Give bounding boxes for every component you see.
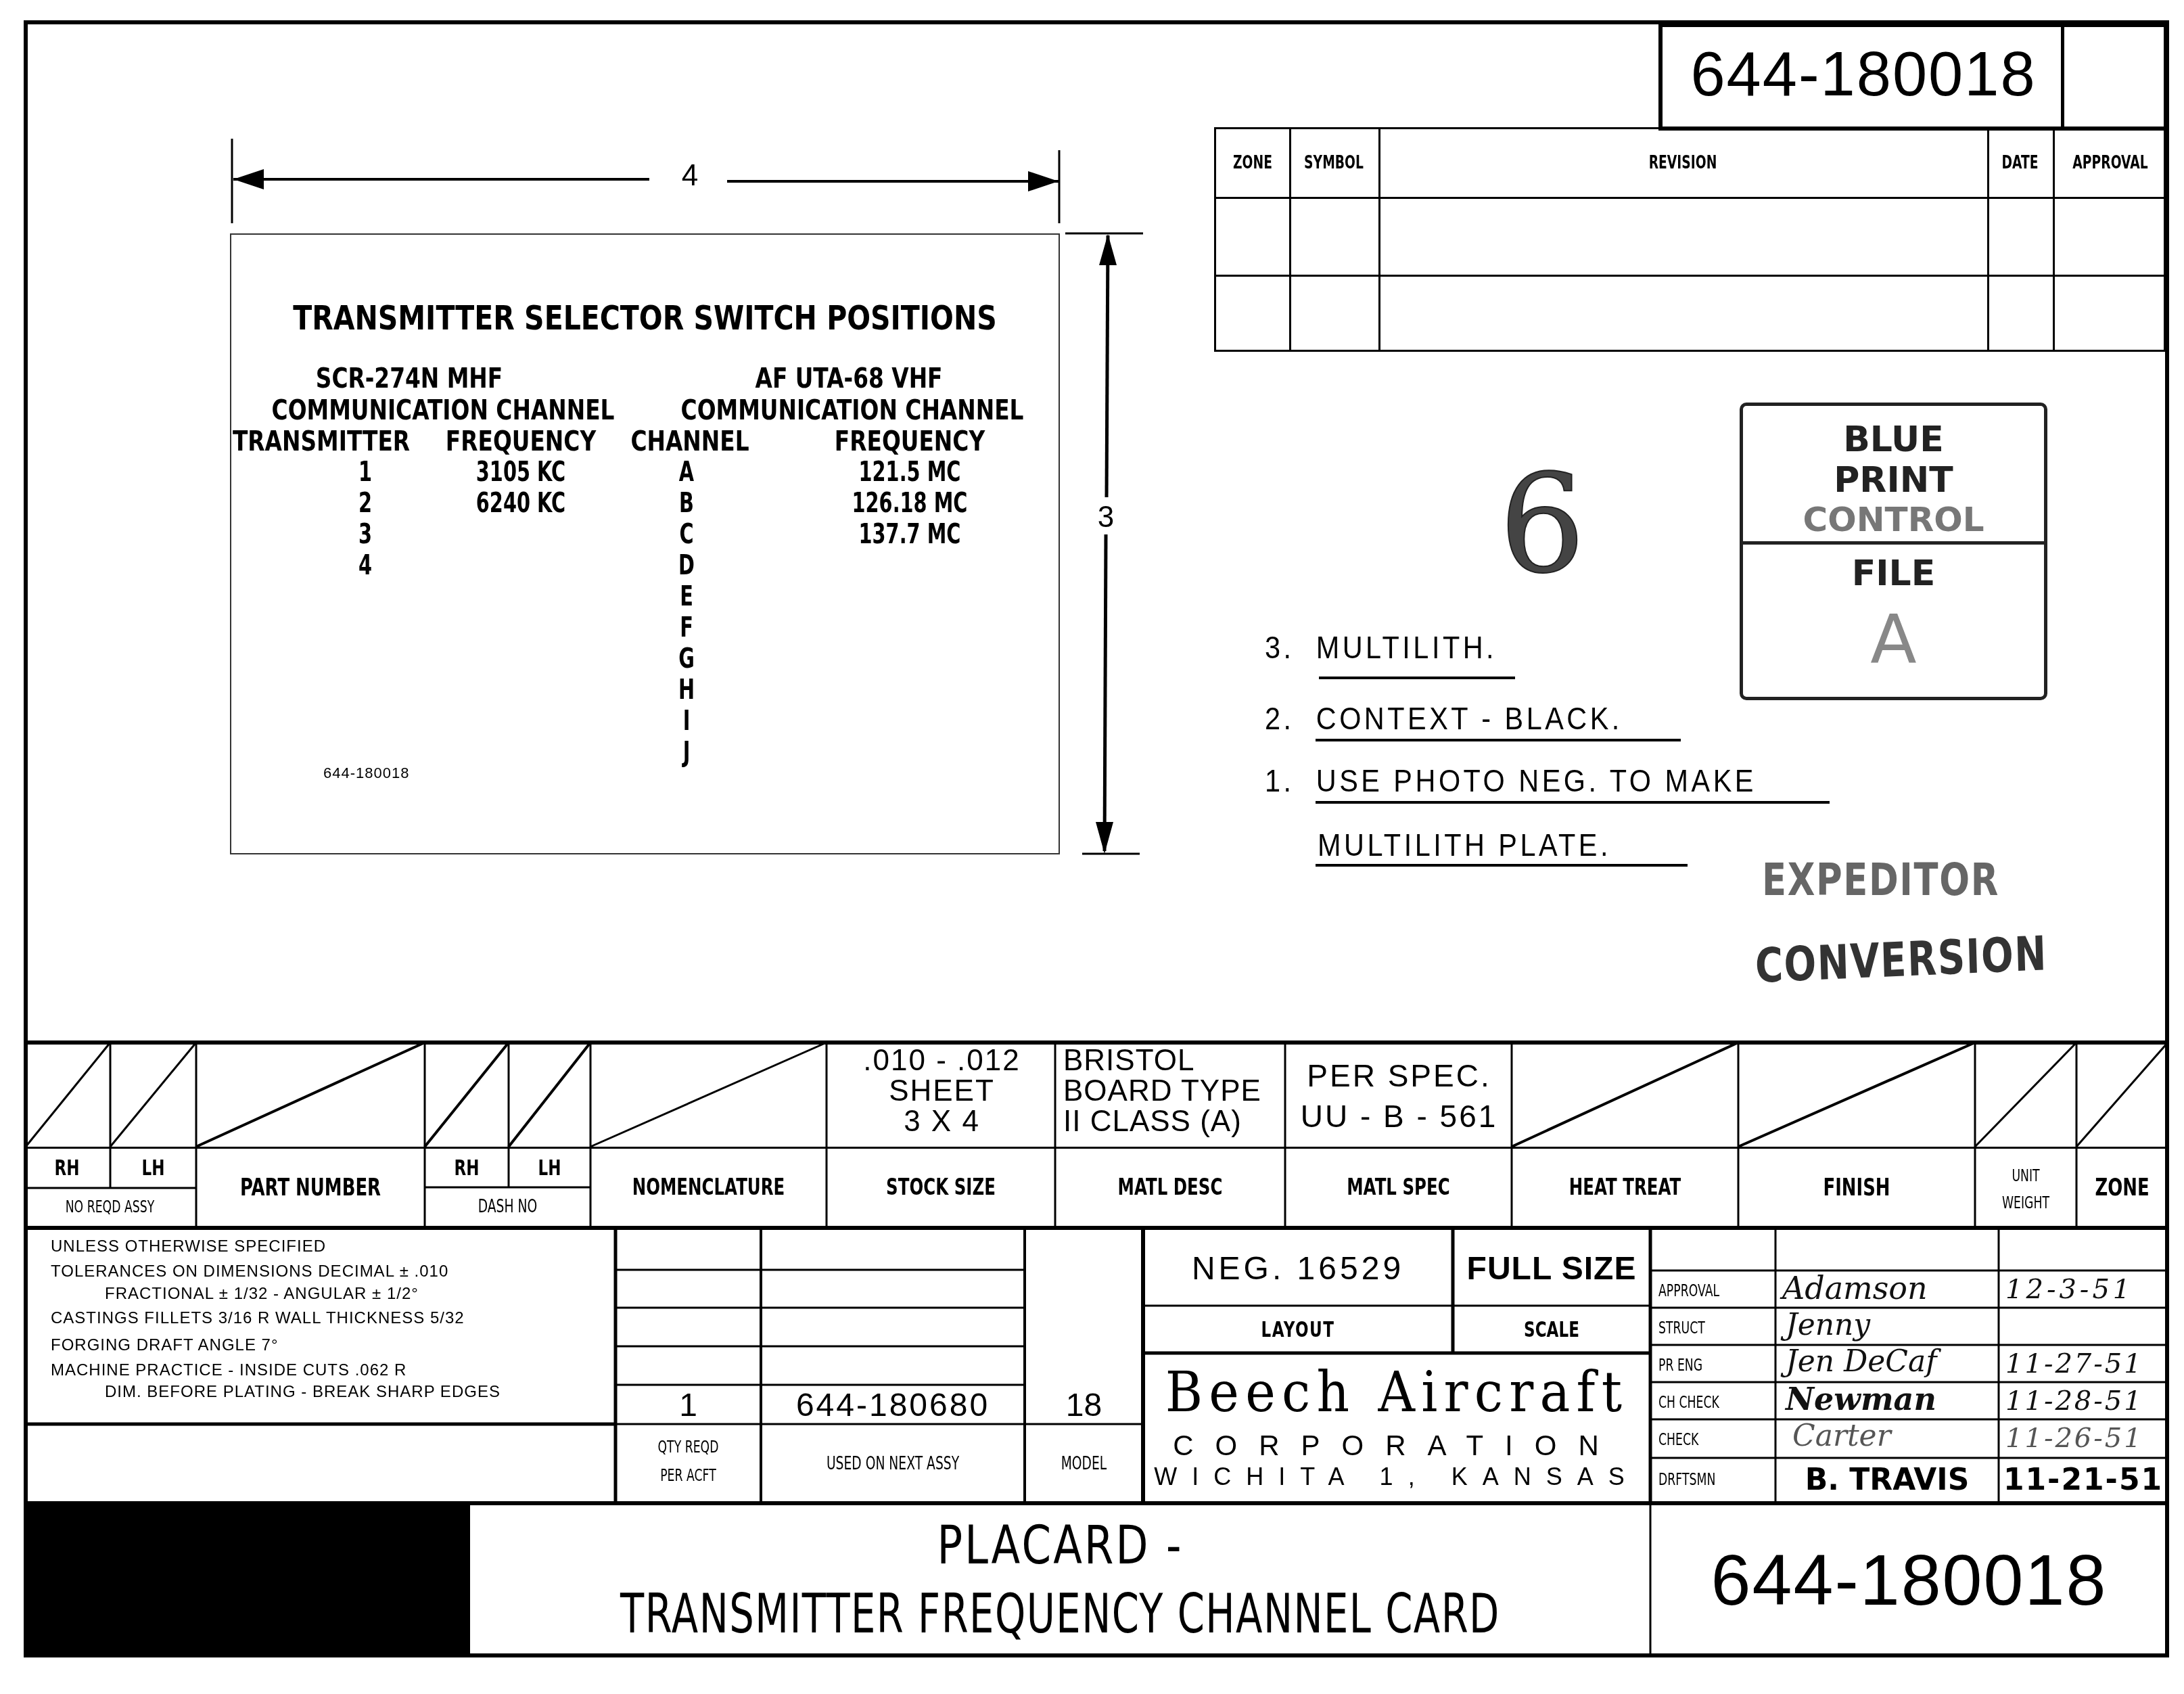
signoff-drftsmn-name: B. TRAVIS: [1775, 1459, 1999, 1500]
company-location: WICHITA 1, KANSAS: [1143, 1461, 1650, 1492]
title-box: PLACARD - TRANSMITTER FREQUENCY CHANNEL …: [470, 1505, 1650, 1655]
company-corporation: CORPORATION: [1143, 1429, 1650, 1463]
signoff-preng-date: 11-27-51: [2005, 1348, 2143, 1379]
signoff-check-name: Carter: [1792, 1419, 1891, 1453]
signoff-chcheck-name: Newman: [1786, 1381, 1936, 1417]
neg-number: NEG. 16529: [1143, 1231, 1453, 1306]
signoff-struct-role: STRUCT: [1658, 1311, 1705, 1345]
signoff-approval-name: Adamson: [1782, 1270, 1928, 1306]
tolerances-block: UNLESS OTHERWISE SPECIFIED TOLERANCES ON…: [51, 1233, 612, 1423]
tolerance-line-1: UNLESS OTHERWISE SPECIFIED: [51, 1233, 612, 1260]
title-line-2: TRANSMITTER FREQUENCY CHANNEL CARD: [635, 1583, 1485, 1644]
signoff-chcheck-date: 11-28-51: [2005, 1386, 2143, 1417]
tolerance-line-2: TOLERANCES ON DIMENSIONS DECIMAL ± .010: [51, 1260, 612, 1283]
tolerance-line-3: FRACTIONAL ± 1/32 - ANGULAR ± 1/2°: [51, 1283, 612, 1305]
qty-reqd-label-2: PER ACFT: [636, 1461, 741, 1490]
signoff-check-role: CHECK: [1658, 1423, 1698, 1457]
qty-reqd-label: QTY REQD PER ACFT: [636, 1433, 741, 1501]
next-assy-value: 644-180680: [761, 1387, 1025, 1424]
title-drawing-number: 644-180018: [1650, 1505, 2168, 1655]
model-label: MODEL: [1042, 1426, 1127, 1502]
signoff-drftsmn-role: DRFTSMN: [1658, 1461, 1715, 1498]
signoff-chcheck-role: CH CHECK: [1658, 1386, 1719, 1419]
tolerance-line-4: CASTINGS FILLETS 3/16 R WALL THICKNESS 5…: [51, 1305, 612, 1332]
scale-value: FULL SIZE: [1453, 1231, 1650, 1306]
signoff-table: APPROVAL Adamson 12-3-51 STRUCT Jenny PR…: [1650, 1228, 2168, 1503]
layout-label: LAYOUT: [1186, 1307, 1410, 1352]
model-value: 18: [1025, 1387, 1143, 1424]
signoff-preng-name: Jen DeCaf: [1786, 1344, 1937, 1379]
qty-reqd-value: 1: [615, 1387, 761, 1424]
next-assy-label: USED ON NEXT ASSY: [798, 1426, 988, 1502]
signoff-check-date: 11-26-51: [2005, 1423, 2143, 1454]
signoff-struct-name: Jenny: [1786, 1308, 1870, 1342]
signoff-drftsmn-date: 11-21-51: [1999, 1459, 2168, 1500]
tolerance-line-5: FORGING DRAFT ANGLE 7°: [51, 1332, 612, 1359]
qty-reqd-label-1: QTY REQD: [636, 1433, 741, 1461]
signoff-preng-role: PR ENG: [1658, 1348, 1702, 1382]
company-logo-text: Beech Aircraft: [1163, 1358, 1630, 1426]
signoff-approval-date: 12-3-51: [2005, 1274, 2133, 1305]
title-line-1: PLACARD -: [588, 1519, 1533, 1573]
title-black-block: [24, 1503, 470, 1655]
signoff-approval-role: APPROVAL: [1658, 1274, 1719, 1308]
tolerance-line-7: DIM. BEFORE PLATING - BREAK SHARP EDGES: [51, 1382, 612, 1402]
scale-label: SCALE: [1481, 1307, 1623, 1352]
tolerance-line-6: MACHINE PRACTICE - INSIDE CUTS .062 R: [51, 1359, 612, 1382]
